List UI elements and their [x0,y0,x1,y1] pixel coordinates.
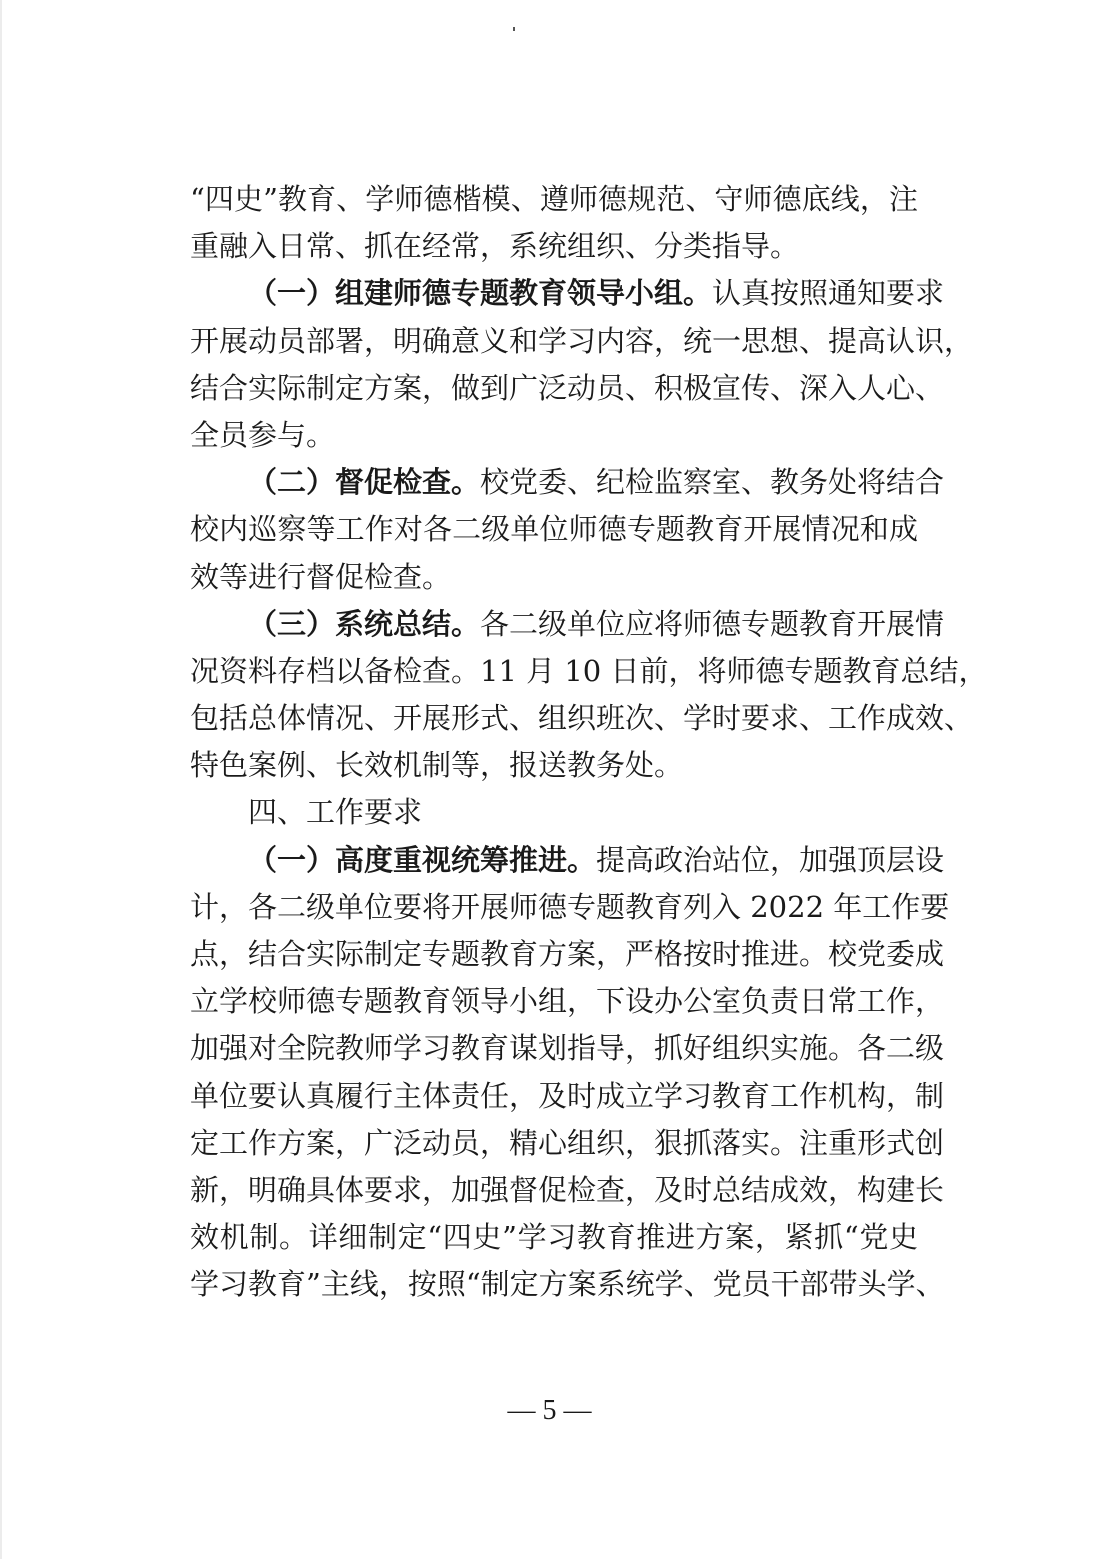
text-run: 各二级单位应将师德专题教育开展情 [480,607,944,641]
section-lead-line: （一）高度重视统筹推进。提高政治站位，加强顶层设 [190,837,918,884]
section-title-bold: （一）高度重视统筹推进。 [248,843,596,877]
section-lead-line: （二）督促检查。校党委、纪检监察室、教务处将结合 [190,459,918,506]
text-line: 单位要认真履行主体责任，及时成立学习教育工作机构，制 [190,1073,918,1120]
text-line: 效机制。详细制定“四史”学习教育推进方案，紧抓“党史 [190,1214,918,1261]
text-line: 效等进行督促检查。 [190,554,918,601]
text-line: 计，各二级单位要将开展师德专题教育列入 2022 年工作要 [190,884,918,931]
text-line: 加强对全院教师学习教育谋划指导，抓好组织实施。各二级 [190,1025,918,1072]
text-run: 提高政治站位，加强顶层设 [596,843,944,877]
section-lead-line: （三）系统总结。各二级单位应将师德专题教育开展情 [190,601,918,648]
text-run: 认真按照通知要求 [712,276,944,310]
text-line: 学习教育”主线，按照“制定方案系统学、党员干部带头学、 [190,1261,918,1308]
document-body: “四史”教育、学师德楷模、遵师德规范、守师德底线，注 重融入日常、抓在经常，系统… [190,176,918,1309]
text-line: 校内巡察等工作对各二级单位师德专题教育开展情况和成 [190,506,918,553]
text-line: 立学校师德专题教育领导小组，下设办公室负责日常工作， [190,978,918,1025]
text-run: 校党委、纪检监察室、教务处将结合 [480,465,944,499]
document-page: “四史”教育、学师德楷模、遵师德规范、守师德底线，注 重融入日常、抓在经常，系统… [0,0,1099,1559]
section-lead-line: （一）组建师德专题教育领导小组。认真按照通知要求 [190,270,918,317]
scan-artifact-dot [513,27,515,31]
section-heading: 四、工作要求 [190,789,918,836]
text-line: 包括总体情况、开展形式、组织班次、学时要求、工作成效、 [190,695,918,742]
text-line: 全员参与。 [190,412,918,459]
text-line: 结合实际制定方案，做到广泛动员、积极宣传、深入人心、 [190,365,918,412]
text-line: 重融入日常、抓在经常，系统组织、分类指导。 [190,223,918,270]
scan-edge [0,0,2,1559]
text-line: 况资料存档以备检查。11 月 10 日前，将师德专题教育总结， [190,648,918,695]
page-number: — 5 — [0,1395,1099,1427]
text-line: 点，结合实际制定专题教育方案，严格按时推进。校党委成 [190,931,918,978]
section-title-bold: （三）系统总结。 [248,607,480,641]
section-title-bold: （二）督促检查。 [248,465,480,499]
text-line: 定工作方案，广泛动员，精心组织，狠抓落实。注重形式创 [190,1120,918,1167]
text-line: 特色案例、长效机制等，报送教务处。 [190,742,918,789]
text-line: 新，明确具体要求，加强督促检查，及时总结成效，构建长 [190,1167,918,1214]
text-line: “四史”教育、学师德楷模、遵师德规范、守师德底线，注 [190,176,918,223]
section-title-bold: （一）组建师德专题教育领导小组。 [248,276,712,310]
text-line: 开展动员部署，明确意义和学习内容，统一思想、提高认识， [190,318,918,365]
